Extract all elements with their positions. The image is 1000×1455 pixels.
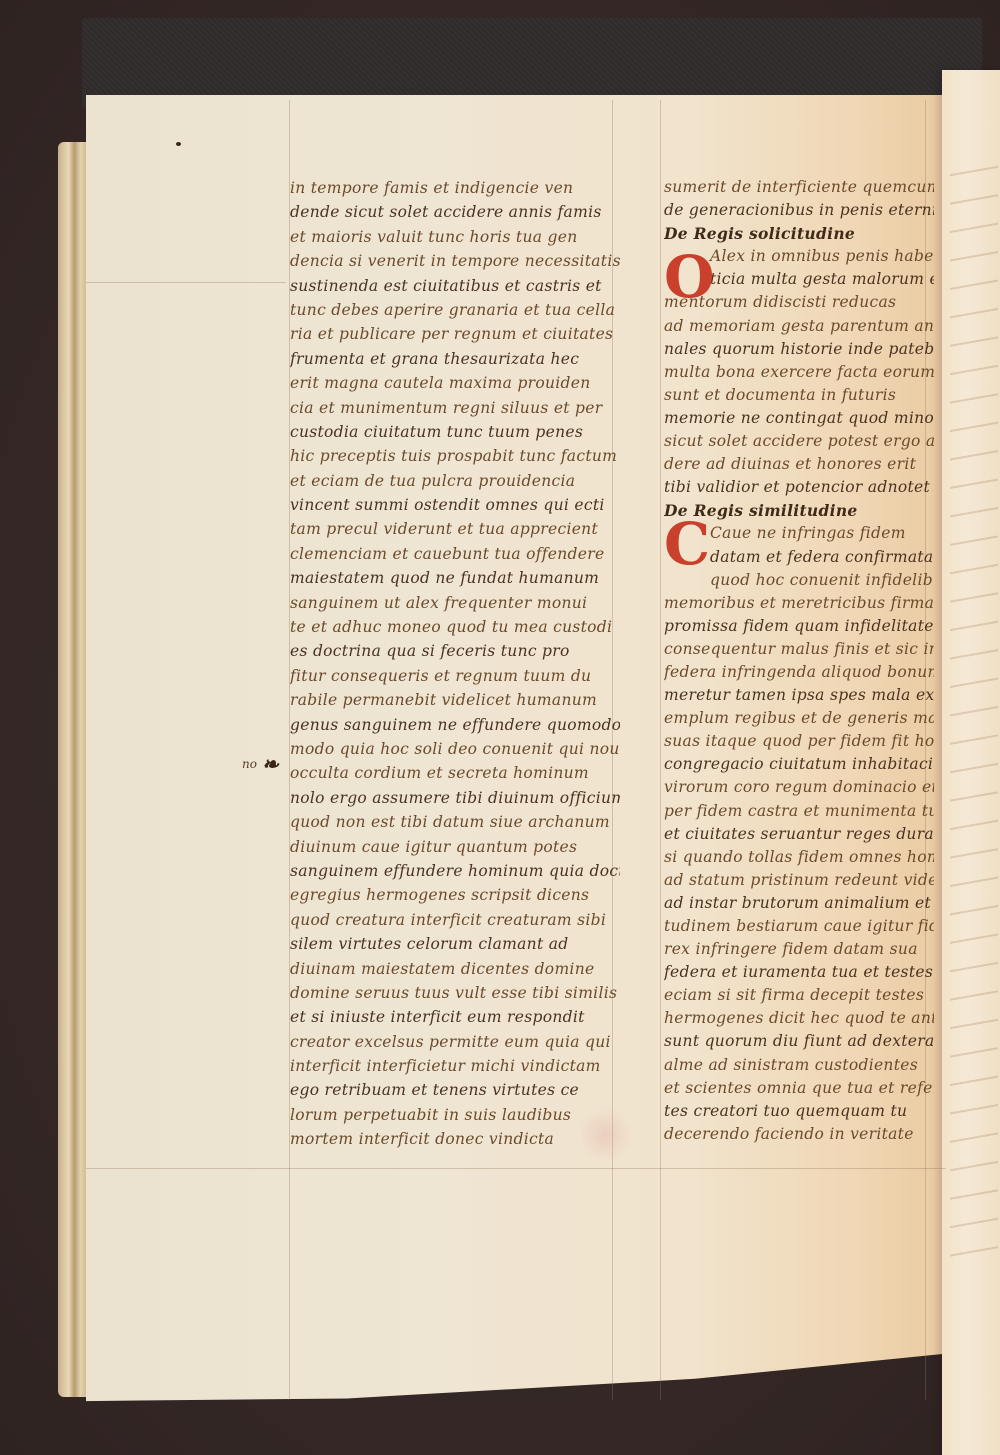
text-line: domine seruus tuus vult esse tibi simili…: [290, 981, 620, 1005]
rubric-heading: De Regis solicitudine: [664, 222, 934, 245]
text-line: cia et munimentum regni siluus et per: [290, 396, 620, 420]
text-line: te et adhuc moneo quod tu mea custodi: [290, 615, 620, 639]
decorated-initial-o: O: [664, 248, 715, 306]
text-line: custodia ciuitatum tunc tuum penes: [290, 420, 620, 444]
text-line: et maioris valuit tunc horis tua gen: [290, 225, 620, 249]
text-line: sumerit de interficiente quemcumque: [664, 176, 934, 199]
text-line: federa infringenda aliquod bonum: [664, 661, 934, 684]
text-line: diuinum caue igitur quantum potes: [290, 835, 620, 859]
text-line: maiestatem quod ne fundat humanum: [290, 566, 620, 590]
text-line: nales quorum historie inde patebit: [664, 338, 934, 361]
text-line: sunt et documenta in futuris: [664, 384, 934, 407]
text-line: tunc debes aperire granaria et tua cella: [290, 298, 620, 322]
text-line: es doctrina qua si feceris tunc pro: [290, 639, 620, 663]
text-line: tes creatori tuo quemquam tu: [664, 1100, 934, 1123]
marginal-note: no: [242, 757, 257, 771]
text-line: diuinam maiestatem dicentes domine: [290, 957, 620, 981]
text-line: lorum perpetuabit in suis laudibus: [290, 1103, 620, 1127]
text-line: et si iniuste interficit eum respondit: [290, 1005, 620, 1029]
text-line: meretur tamen ipsa spes mala ex: [664, 684, 934, 707]
text-line: quod creatura interficit creaturam sibi: [290, 908, 620, 932]
marginal-hand-mark: ❧: [262, 752, 279, 776]
text-line: egregius hermogenes scripsit dicens: [290, 883, 620, 907]
ruling-line: [86, 282, 286, 283]
right-column: sumerit de interficiente quemcumquede ge…: [664, 176, 934, 1146]
text-line: dere ad diuinas et honores erit: [664, 453, 934, 476]
text-line: tibi validior et potencior adnotet: [664, 476, 934, 499]
text-line: per fidem castra et munimenta tua: [664, 800, 934, 823]
text-line: tam precul viderunt et tua apprecient: [290, 517, 620, 541]
text-line: erit magna cautela maxima prouiden: [290, 371, 620, 395]
text-line: nolo ergo assumere tibi diuinum officium: [290, 786, 620, 810]
text-line: clemenciam et cauebunt tua offendere: [290, 542, 620, 566]
text-line: dencia si venerit in tempore necessitati…: [290, 249, 620, 273]
text-line: federa et iuramenta tua et testes: [664, 961, 934, 984]
text-line: sanguinem effundere hominum quia doctor: [290, 859, 620, 883]
facing-page-text: [950, 160, 998, 1260]
text-line: ad memoriam gesta parentum an: [664, 315, 934, 338]
text-line: in tempore famis et indigencie ven: [290, 176, 620, 200]
text-line: quod non est tibi datum siue archanum: [290, 810, 620, 834]
text-line: promissa fidem quam infidelitatem: [664, 615, 934, 638]
page-edges: [58, 142, 88, 1397]
text-line: sicut solet accidere potest ergo asten: [664, 430, 934, 453]
text-line: interficit interficietur michi vindictam: [290, 1054, 620, 1078]
text-line: consequentur malus finis et sic in: [664, 638, 934, 661]
text-line: rex infringere fidem datam sua: [664, 938, 934, 961]
text-line: hermogenes dicit hec quod te antea: [664, 1007, 934, 1030]
text-line: congregacio ciuitatum inhabitacio: [664, 753, 934, 776]
text-line: vincent summi ostendit omnes qui ecti: [290, 493, 620, 517]
text-line: de generacionibus in penis eternis: [664, 199, 934, 222]
text-line: frumenta et grana thesaurizata hec: [290, 347, 620, 371]
text-line: suas itaque quod per fidem fit hominum: [664, 730, 934, 753]
text-line: eciam si sit firma decepit testes: [664, 984, 934, 1007]
text-line: et scientes omnia que tua et referen: [664, 1077, 934, 1100]
facing-page-edge: [942, 70, 1000, 1455]
text-line: et ciuitates seruantur reges durant: [664, 823, 934, 846]
text-line: sunt quorum diu fiunt ad dexteram: [664, 1030, 934, 1053]
book-cover: [82, 18, 982, 108]
text-line: creator excelsus permitte eum quia qui: [290, 1030, 620, 1054]
ruling-line: [660, 100, 661, 1400]
text-line: decerendo faciendo in veritate: [664, 1123, 934, 1146]
text-line: rabile permanebit videlicet humanum: [290, 688, 620, 712]
text-line: alme ad sinistram custodientes: [664, 1054, 934, 1077]
text-line: tudinem bestiarum caue igitur fidelissim…: [664, 915, 934, 938]
ruling-line: [86, 1168, 946, 1169]
text-line: sustinenda est ciuitatibus et castris et: [290, 274, 620, 298]
text-line: occulta cordium et secreta hominum: [290, 761, 620, 785]
text-line: multa bona exercere facta eorum scripta: [664, 361, 934, 384]
text-line: ria et publicare per regnum et ciuitates: [290, 322, 620, 346]
text-line: ad instar brutorum animalium et simili: [664, 892, 934, 915]
ink-spot: [176, 142, 181, 146]
text-line: dende sicut solet accidere annis famis: [290, 200, 620, 224]
text-line: emplum regibus et de generis malorum: [664, 707, 934, 730]
decorated-initial-c: C: [664, 515, 710, 573]
text-line: virorum coro regum dominacio et domina: [664, 776, 934, 799]
text-line: memoribus et meretricibus firma fidelit: [664, 592, 934, 615]
text-line: sanguinem ut alex frequenter monui: [290, 591, 620, 615]
text-line: mortem interficit donec vindicta: [290, 1127, 620, 1151]
text-line: silem virtutes celorum clamant ad: [290, 932, 620, 956]
left-column: in tempore famis et indigencie vendende …: [290, 176, 620, 1152]
text-line: memorie ne contingat quod minora: [664, 407, 934, 430]
text-line: genus sanguinem ne effundere quomodo: [290, 713, 620, 737]
text-line: ego retribuam et tenens virtutes ce: [290, 1078, 620, 1102]
text-line: modo quia hoc soli deo conuenit qui noui…: [290, 737, 620, 761]
text-line: si quando tollas fidem omnes homines: [664, 846, 934, 869]
text-line: hic preceptis tuis prospabit tunc factum: [290, 444, 620, 468]
text-line: fitur consequeris et regnum tuum du: [290, 664, 620, 688]
text-line: et eciam de tua pulcra prouidencia: [290, 469, 620, 493]
text-line: ad statum pristinum redeunt videlicet: [664, 869, 934, 892]
